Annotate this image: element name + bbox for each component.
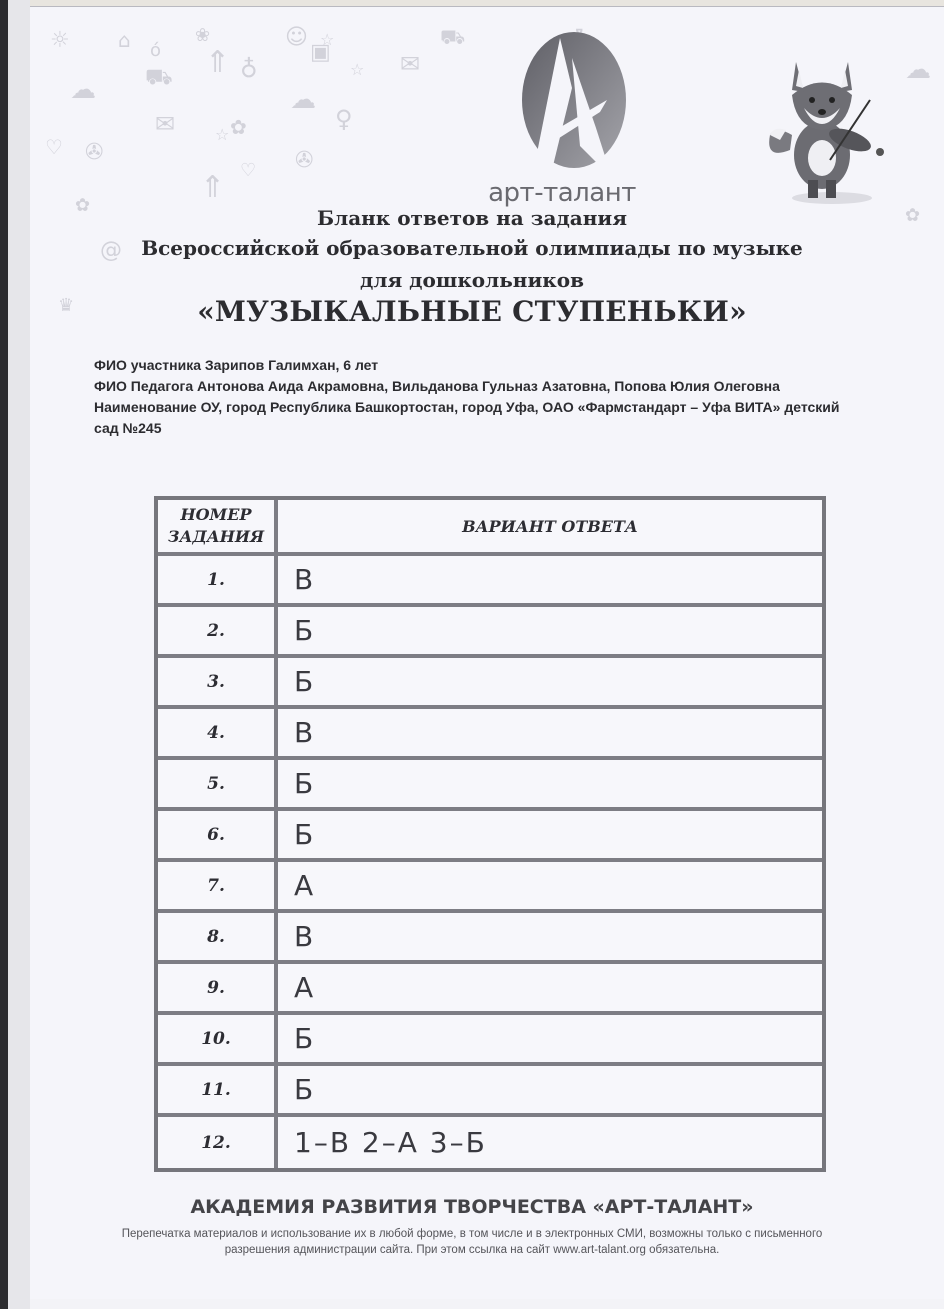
table-row: 11.Б [158,1066,822,1117]
task-number: 2. [158,607,278,654]
flower-doodle-icon: ❀ [195,25,210,46]
task-number: 8. [158,913,278,960]
table-row: 10.Б [158,1015,822,1066]
task-number: 6. [158,811,278,858]
scan-top-edge [30,0,944,7]
task-number: 3. [158,658,278,705]
task-number: 1. [158,556,278,603]
table-row: 9.А [158,964,822,1015]
handwritten-answer[interactable]: В [278,709,822,756]
task-number: 5. [158,760,278,807]
handwritten-answer[interactable]: Б [278,1015,822,1062]
table-row: 1.В [158,556,822,607]
handwritten-answer[interactable]: Б [278,658,822,705]
olympiad-name: «МУЗЫКАЛЬНЫЕ СТУПЕНЬКИ» [0,295,944,328]
cloud3-doodle-icon: ☁ [905,55,931,85]
handwritten-answer[interactable]: В [278,913,822,960]
participant-info: ФИО участника Зарипов Галимхан, 6 лет ФИ… [94,355,854,439]
rocket-doodle-icon: ⇑ [205,45,230,80]
handwritten-answer[interactable]: Б [278,760,822,807]
cloud2-doodle-icon: ☁ [290,85,316,115]
cloud-doodle-icon: ☁ [70,75,96,105]
figure-doodle-icon: ☺ [285,25,308,50]
table-row: 4.В [158,709,822,760]
table-row: 12.1–В 2–А 3–Б [158,1117,822,1168]
stroller-doodle-icon: ✇ [85,140,103,165]
table-row: 2.Б [158,607,822,658]
art-talant-a-logo-icon [512,28,632,188]
apple-doodle-icon: ó [150,40,161,61]
column-header-task-number: НОМЕР ЗАДАНИЯ [158,500,278,552]
table-row: 8.В [158,913,822,964]
participant-name: ФИО участника Зарипов Галимхан, 6 лет [94,355,854,376]
answers-table: НОМЕР ЗАДАНИЯ ВАРИАНТ ОТВЕТА 1.В2.Б3.Б4.… [154,496,826,1172]
handwritten-answer[interactable]: Б [278,1066,822,1113]
task-number: 12. [158,1117,278,1168]
handwritten-answer[interactable]: А [278,964,822,1011]
sun-doodle-icon: ☼ [50,28,70,53]
frame-doodle-icon: ▣ [310,40,331,65]
stroller2-doodle-icon: ✇ [295,148,313,173]
teachers-names: ФИО Педагога Антонова Аида Акрамовна, Ви… [94,376,854,397]
footer-academy-title: АКАДЕМИЯ РАЗВИТИЯ ТВОРЧЕСТВА «АРТ-ТАЛАНТ… [0,1196,944,1218]
footer-copyright-note: Перепечатка материалов и использование и… [120,1226,824,1258]
house-doodle-icon: ⌂ [118,28,131,52]
handwritten-answer[interactable]: 1–В 2–А 3–Б [278,1117,822,1168]
table-header-row: НОМЕР ЗАДАНИЯ ВАРИАНТ ОТВЕТА [158,500,822,556]
task-number: 7. [158,862,278,909]
fish-doodle-icon: ✿ [230,115,247,139]
book2-doodle-icon: ✉ [155,110,175,138]
audience-line: для дошкольников [0,268,944,292]
car2-doodle-icon: ⛟ [145,65,173,93]
column-header-answer: ВАРИАНТ ОТВЕТА [278,500,822,552]
heart-doodle-icon: ♡ [45,135,63,159]
table-row: 5.Б [158,760,822,811]
girl-doodle-icon: ♀ [335,105,353,133]
book-doodle-icon: ✉ [400,50,420,78]
task-number: 4. [158,709,278,756]
handwritten-answer[interactable]: В [278,556,822,603]
car-doodle-icon: ⛟ [440,25,465,52]
handwritten-answer[interactable]: Б [278,811,822,858]
star2-doodle-icon: ☆ [350,60,364,79]
task-number: 10. [158,1015,278,1062]
table-row: 7.А [158,862,822,913]
fox-violinist-icon [760,40,900,210]
table-row: 6.Б [158,811,822,862]
star3-doodle-icon: ☆ [215,125,229,144]
table-row: 3.Б [158,658,822,709]
handwritten-answer[interactable]: Б [278,607,822,654]
task-number: 9. [158,964,278,1011]
icecream-doodle-icon: ♁ [240,55,258,83]
handwritten-answer[interactable]: А [278,862,822,909]
institution-name: Наименование ОУ, город Республика Башкор… [94,397,854,439]
sheet-title: Бланк ответов на задания [0,206,944,230]
olympiad-description: Всероссийской образовательной олимпиады … [0,236,944,260]
task-number: 11. [158,1066,278,1113]
